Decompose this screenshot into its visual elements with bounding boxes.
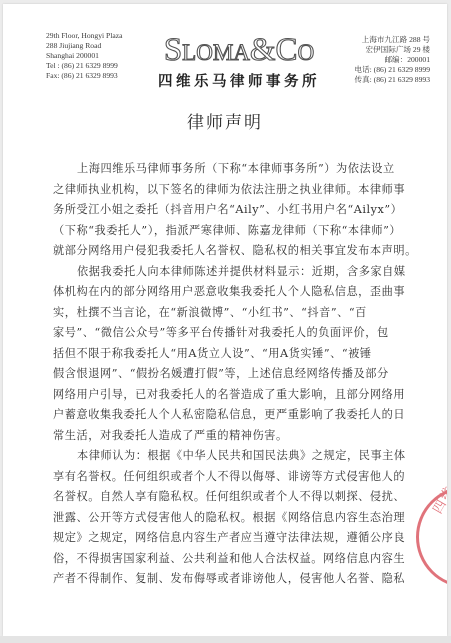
address-line: Tel : (86) 21 6329 8999 xyxy=(46,61,122,71)
text-line: 俗，不得损害国家利益、公共利益和他人合法权益。网络信息内容生 xyxy=(53,549,408,570)
text-line: 本律师认为：根据《中华人民共和国民法典》之规定，民事主体 xyxy=(53,446,408,467)
text-line: 括但不限于称我委托人“用A货立人设”、“用A货实锤”、“被锤 xyxy=(53,344,408,365)
address-line: 29th Floor, Hongyi Plaza xyxy=(46,31,122,41)
seal-text: 四维乐马 xyxy=(427,455,447,516)
text-line: 上海四维乐马律师事务所（下称“本律师事务所”）为依法设立 xyxy=(53,159,408,180)
text-line: 依据我委托人向本律师陈述并提供材料显示：近期，含多家自媒 xyxy=(53,262,408,283)
text-line: 规定》之规定，网络信息内容生产者应当遵守法律法规，遵循公序良 xyxy=(53,528,408,549)
text-line: 家号”、“微信公众号”等多平台传播针对我委托人的负面评价，包 xyxy=(53,323,408,344)
address-line: Shanghai 200001 xyxy=(46,51,122,61)
text-line: 实，杜撰不当言论，在“新浪微博”、“小红书”、“抖音”、“百 xyxy=(53,303,408,324)
letterhead-address-cn: 上海市九江路 288 号 宏伊国际广场 29 楼 邮编：200001 电话: (… xyxy=(354,35,430,85)
text-line: 享有名誉权。任何组织或者个人不得以侮辱、诽谤等方式侵害他人的 xyxy=(53,467,408,488)
address-line: 宏伊国际广场 29 楼 xyxy=(354,45,430,55)
logo-chinese: 四维乐马律师事务所 xyxy=(140,70,338,91)
text-line: 常生活，对我委托人造成了严重的精神伤害。 xyxy=(53,426,408,447)
address-line: 288 Jiujiang Road xyxy=(46,41,122,51)
text-line: 泄露、公开等方式侵害他人的隐私权。根据《网络信息内容生态治理 xyxy=(53,508,408,529)
official-seal-icon: 四维乐马 xyxy=(416,486,447,588)
text-line: （下称“我委托人”），指派严寒律师、陈嘉龙律师（下称“本律师”） xyxy=(53,221,408,242)
address-line: 传真: (86) 21 6329 8993 xyxy=(354,75,430,85)
address-line: 上海市九江路 288 号 xyxy=(354,35,430,45)
text-line: 就部分网络用户侵犯我委托人名誉权、隐私权的相关事宜发布本声明。 xyxy=(53,241,408,262)
text-line: 假含恨退网”、“假扮名媛遭打假”等，上述信息经网络传播及部分 xyxy=(53,364,408,385)
text-line: 务所受江小姐之委托（抖音用户名“Aily”、小红书用户名“Ailyx”） xyxy=(53,200,408,221)
logo-english: Sloma&Co xyxy=(140,33,338,67)
address-line: 电话: (86) 21 6329 8999 xyxy=(354,65,430,75)
address-line: 邮编：200001 xyxy=(354,55,430,65)
page-bottom-edge xyxy=(0,636,451,643)
document-body: 上海四维乐马律师事务所（下称“本律师事务所”）为依法设立之律师执业机构，以下签名… xyxy=(53,159,408,590)
text-line: 产者不得制作、复制、发布侮辱或者诽谤他人，侵害他人名誉、隐私 xyxy=(53,569,408,590)
address-line: Fax: (86) 21 6329 8993 xyxy=(46,71,122,81)
letterhead-address-en: 29th Floor, Hongyi Plaza 288 Jiujiang Ro… xyxy=(46,31,122,81)
document-page: 29th Floor, Hongyi Plaza 288 Jiujiang Ro… xyxy=(3,4,447,636)
text-line: 名誉权。自然人享有隐私权。任何组织或者个人不得以刺探、侵扰、 xyxy=(53,487,408,508)
document-title: 律师声明 xyxy=(3,108,447,133)
text-line: 之律师执业机构，以下签名的律师为依法注册之执业律师。本律师事 xyxy=(53,180,408,201)
text-line: 户蓄意收集我委托人个人私密隐私信息，更严重影响了我委托人的日 xyxy=(53,405,408,426)
text-line: 网络用户引导，已对我委托人的名誉造成了重大影响，且部分网络用 xyxy=(53,385,408,406)
firm-logo: Sloma&Co 四维乐马律师事务所 xyxy=(140,33,338,91)
text-line: 体机构在内的部分网络用户恶意收集我委托人个人隐私信息，歪曲事 xyxy=(53,282,408,303)
